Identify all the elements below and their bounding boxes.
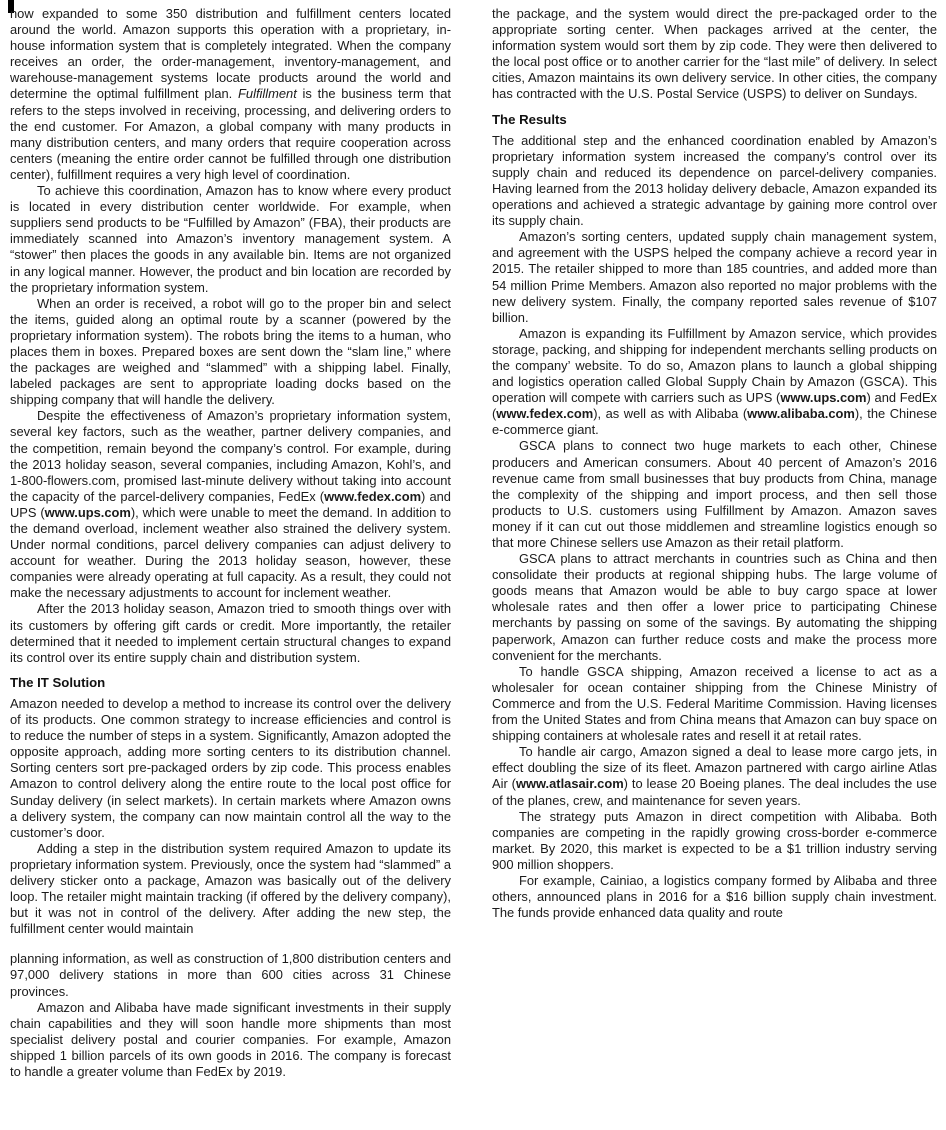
bold-url-text: www.fedex.com (496, 406, 593, 421)
paragraph: When an order is received, a robot will … (10, 296, 451, 409)
paragraph: After the 2013 holiday season, Amazon tr… (10, 601, 451, 665)
paragraph: The additional step and the enhanced coo… (492, 133, 937, 230)
paragraph: GSCA plans to attract merchants in count… (492, 551, 937, 664)
bold-url-text: www.ups.com (45, 505, 131, 520)
left-column-continuation: planning information, as well as constru… (10, 951, 451, 1080)
paragraph: Amazon needed to develop a method to inc… (10, 696, 451, 841)
text-run: When an order is received, a robot will … (10, 296, 451, 408)
text-run: To handle GSCA shipping, Amazon received… (492, 664, 937, 743)
text-run: Amazon needed to develop a method to inc… (10, 696, 451, 840)
text-run: Amazon and Alibaba have made significant… (10, 1000, 451, 1079)
paragraph: The strategy puts Amazon in direct compe… (492, 809, 937, 873)
text-run: For example, Cainiao, a logistics compan… (492, 873, 937, 920)
text-run: planning information, as well as constru… (10, 951, 451, 998)
paragraph: To handle GSCA shipping, Amazon received… (492, 664, 937, 744)
left-column: now expanded to some 350 distribution an… (10, 6, 451, 1080)
text-run: GSCA plans to attract merchants in count… (492, 551, 937, 663)
italic-term: Fulfillment (238, 86, 297, 101)
document-page: now expanded to some 350 distribution an… (0, 0, 946, 1130)
paragraph: GSCA plans to connect two huge markets t… (492, 438, 937, 551)
text-run: To achieve this coordination, Amazon has… (10, 183, 451, 295)
paragraph: To achieve this coordination, Amazon has… (10, 183, 451, 296)
bold-url-text: www.fedex.com (324, 489, 421, 504)
text-run: The Results (492, 112, 567, 127)
paragraph: To handle air cargo, Amazon signed a dea… (492, 744, 937, 808)
text-run: The strategy puts Amazon in direct compe… (492, 809, 937, 872)
section-heading: The Results (492, 112, 937, 128)
text-run: the package, and the system would direct… (492, 6, 937, 101)
paragraph: For example, Cainiao, a logistics compan… (492, 873, 937, 921)
paragraph: Despite the effectiveness of Amazon’s pr… (10, 408, 451, 601)
paragraph: Amazon’s sorting centers, updated supply… (492, 229, 937, 326)
text-run: After the 2013 holiday season, Amazon tr… (10, 601, 451, 664)
left-column-main: now expanded to some 350 distribution an… (10, 6, 451, 937)
paragraph: Amazon and Alibaba have made significant… (10, 1000, 451, 1080)
text-run: ), as well as with Alibaba ( (593, 406, 747, 421)
text-run: Amazon’s sorting centers, updated supply… (492, 229, 937, 324)
bold-url-text: www.alibaba.com (747, 406, 855, 421)
paragraph: Amazon is expanding its Fulfillment by A… (492, 326, 937, 439)
right-column: the package, and the system would direct… (492, 6, 937, 921)
bold-url-text: www.atlasair.com (516, 776, 624, 791)
text-run: The IT Solution (10, 675, 105, 690)
section-heading: The IT Solution (10, 675, 451, 691)
bold-url-text: www.ups.com (780, 390, 866, 405)
text-run: The additional step and the enhanced coo… (492, 133, 937, 228)
text-run: Adding a step in the distribution system… (10, 841, 451, 936)
paragraph: Adding a step in the distribution system… (10, 841, 451, 938)
paragraph: now expanded to some 350 distribution an… (10, 6, 451, 183)
paragraph: the package, and the system would direct… (492, 6, 937, 103)
text-run: GSCA plans to connect two huge markets t… (492, 438, 937, 550)
paragraph: planning information, as well as constru… (10, 951, 451, 999)
